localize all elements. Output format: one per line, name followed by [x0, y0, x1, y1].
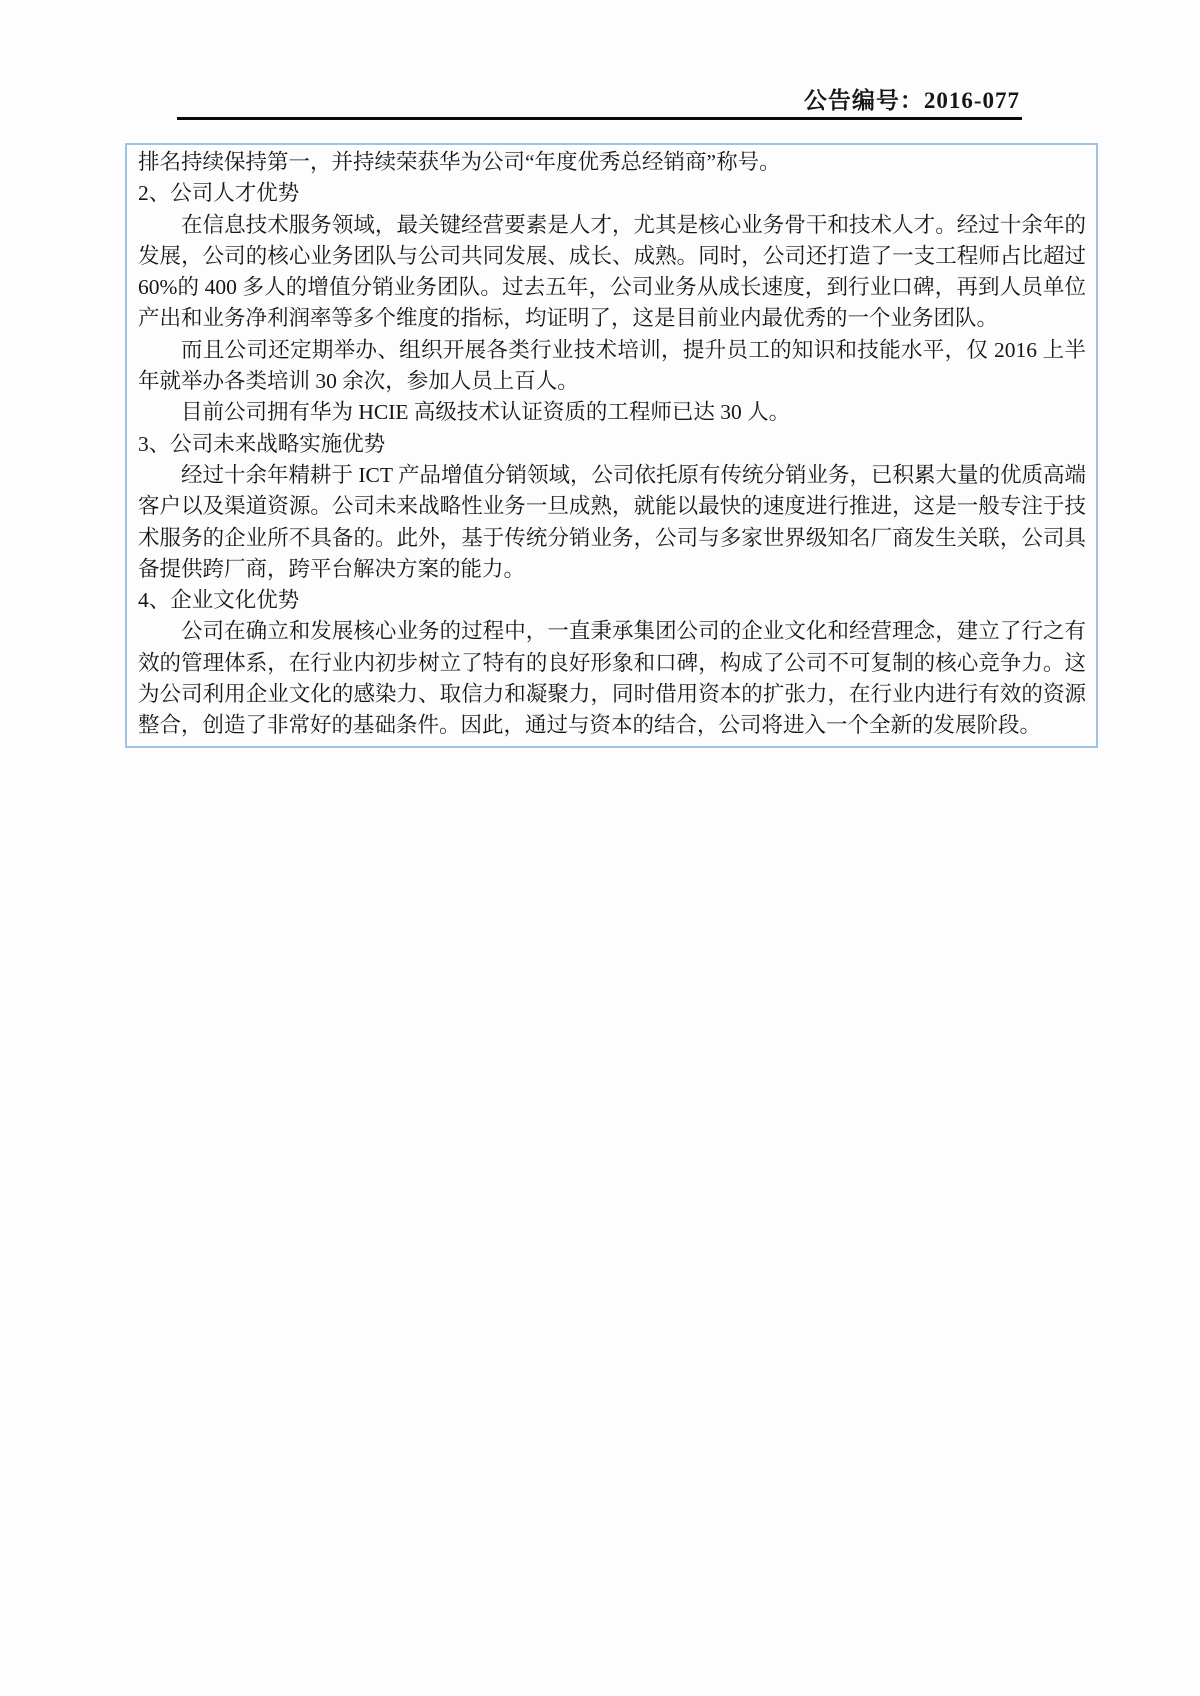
heading-corporate-culture-advantage: 4、企业文化优势 — [138, 585, 1086, 616]
header-rule — [177, 117, 1022, 120]
paragraph-corporate-culture: 公司在确立和发展核心业务的过程中，一直秉承集团公司的企业文化和经营理念，建立了行… — [138, 616, 1086, 741]
heading-future-strategy-advantage: 3、公司未来战略实施优势 — [138, 429, 1086, 460]
announcement-number: 公告编号：2016-077 — [177, 82, 1020, 115]
document-page: 公告编号：2016-077 排名持续保持第一，并持续荣获华为公司“年度优秀总经销… — [0, 0, 1200, 1696]
paragraph-continuation: 排名持续保持第一，并持续荣获华为公司“年度优秀总经销商”称号。 — [138, 147, 1086, 178]
paragraph-talent-team: 在信息技术服务领域，最关键经营要素是人才，尤其是核心业务骨干和技术人才。经过十余… — [138, 210, 1086, 335]
paragraph-training: 而且公司还定期举办、组织开展各类行业技术培训，提升员工的知识和技能水平，仅 20… — [138, 335, 1086, 398]
paragraph-ict-distribution: 经过十余年精耕于 ICT 产品增值分销领域，公司依托原有传统分销业务，已积累大量… — [138, 460, 1086, 585]
paragraph-hcie-engineers: 目前公司拥有华为 HCIE 高级技术认证资质的工程师已达 30 人。 — [138, 397, 1086, 428]
heading-company-talent-advantage: 2、公司人才优势 — [138, 178, 1086, 209]
content-box: 排名持续保持第一，并持续荣获华为公司“年度优秀总经销商”称号。 2、公司人才优势… — [125, 143, 1098, 748]
